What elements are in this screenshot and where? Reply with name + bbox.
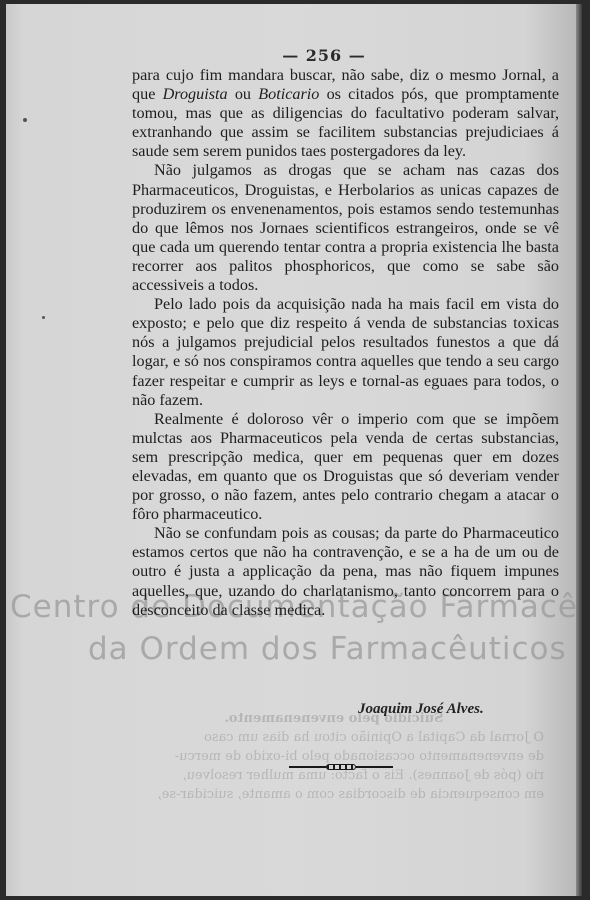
italic-term: Droguista — [163, 85, 228, 103]
bleed-line: O Jornal da Capital a Opinião citou ha d… — [124, 728, 544, 747]
text-run: Não se confundam pois as cousas; da part… — [132, 524, 559, 618]
bleed-through-text: Suicidio pelo envenenamento. O Jornal da… — [124, 709, 544, 804]
ornament-line — [356, 766, 393, 768]
text-run: Pelo lado pois da acquisição nada ha mai… — [132, 295, 559, 408]
page-edge-shadow — [576, 4, 582, 896]
scanned-page: Suicidio pelo envenenamento. O Jornal da… — [6, 4, 582, 896]
italic-term: Boticario — [258, 85, 319, 103]
article-body: para cujo fim mandara buscar, não sabe, … — [132, 66, 559, 620]
ornament-line — [289, 766, 326, 768]
text-run: Não julgamos as drogas que se acham nas … — [132, 161, 559, 294]
paper-speck — [23, 118, 27, 122]
paragraph: Não julgamos as drogas que se acham nas … — [132, 161, 559, 295]
paper-speck — [42, 316, 45, 319]
paragraph: Realmente é doloroso vêr o imperio com q… — [132, 410, 559, 525]
paragraph: Pelo lado pois da acquisição nada ha mai… — [132, 295, 559, 410]
watermark-line-2: da Ordem dos Farmacêuticos — [88, 631, 567, 667]
ornament-knot — [326, 764, 356, 770]
text-run: Realmente é doloroso vêr o imperio com q… — [132, 410, 559, 523]
paragraph: para cujo fim mandara buscar, não sabe, … — [132, 66, 559, 161]
text-run: ou — [228, 85, 259, 103]
bleed-line: em consequencia de discordias com o aman… — [124, 785, 544, 804]
author-signature: Joaquim José Alves. — [358, 701, 484, 718]
page-number: — 256 — — [6, 46, 582, 65]
ornament-divider-icon — [289, 764, 393, 770]
paragraph: Não se confundam pois as cousas; da part… — [132, 524, 559, 619]
